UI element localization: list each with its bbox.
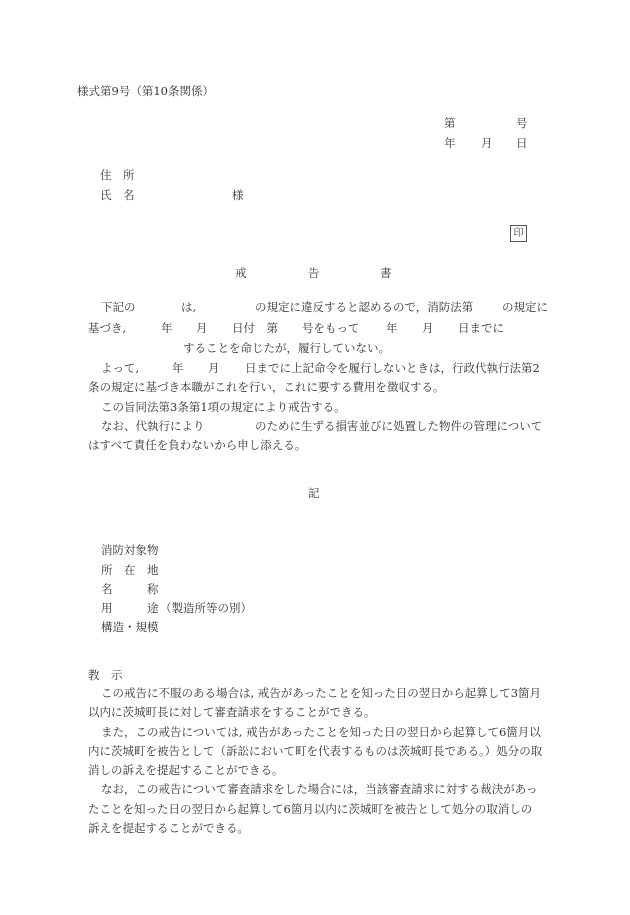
seal-stamp: 印 [510,225,527,242]
body-text: この旨同法第3条第1項の規定により戒告する。 [101,402,346,414]
body-text: のために生ずる損害並びに処置した物件の管理について [255,421,542,433]
record-item-label: 消防対象物 [101,545,159,557]
honorific: 様 [232,190,244,202]
body-text: はすべて責任を負わないから申し添える。 [88,440,306,452]
instruction-text: この戒告に不服のある場合は, 戒告があったことを知った日の翌日から起算して3箇月 [101,688,541,700]
body-text: の規定に [502,302,548,314]
body-text: 日付 第 [232,323,278,335]
document-number-prefix: 第 [444,118,456,130]
body-text: の規定に違反すると認めるので，消防法第 [255,302,473,314]
date-year: 年 [444,138,456,150]
record-item-label: 用 途 [101,603,159,615]
body-text: 年 [386,323,398,335]
date-month: 月 [481,138,493,150]
document-number-suffix: 号 [516,118,528,130]
instruction-text: 訴えを提起することができる。 [88,823,249,835]
record-item-label: 名 称 [101,584,159,596]
body-text: 号をもって [302,323,360,335]
body-text: 月 [422,323,434,335]
name-label: 氏 名 [100,190,135,202]
form-label: 様式第9号（第10条関係） [77,86,214,98]
record-heading: 記 [308,488,320,500]
instruction-text: たことを知った日の翌日から起算して6箇月以内に茨城町を被告として処分の取消しの [88,804,532,816]
record-item-label: 構造・規模 [101,622,159,634]
body-text: 月 [196,323,208,335]
body-text: することを命じたが，履行していない。 [183,343,390,355]
body-text: 下記の [101,302,136,314]
title-char-3: 書 [380,268,392,280]
date-day: 日 [516,138,528,150]
instruction-text: 消しの訴えを提起することができる。 [88,765,284,777]
record-item-label: 所 在 地 [101,565,159,577]
instruction-text: なお，この戒告について審査請求をした場合には，当該審査請求に対する裁決があっ [101,784,538,796]
body-text: は, [181,302,196,314]
title-char-1: 戒 [235,268,247,280]
record-item-value: （製造所等の別） [160,603,252,615]
body-text: 月 [208,363,220,375]
address-label: 住 所 [100,170,135,182]
body-text: 年 [161,323,173,335]
body-text: 条の規定に基づき本職がこれを行い，これに要する費用を徴収する。 [88,382,445,394]
instruction-text: 以内に茨城町長に対して審査請求をすることができる。 [88,707,376,719]
body-text: 基づき, [88,323,126,335]
body-text: 年 [172,363,184,375]
body-text: 日までに上記命令を履行しないときは，行政代執行法第2 [245,363,540,375]
instruction-heading: 教 示 [88,670,123,682]
body-text: なお、代執行により [101,421,205,433]
instruction-text: 内に茨城町を被告として（訴訟において町を代表するものは茨城町長である。）処分の取 [88,746,542,758]
title-char-2: 告 [308,268,320,280]
body-text: よって, [101,363,139,375]
instruction-text: また，この戒告については, 戒告があったことを知った日の翌日から起算して6箇月以 [101,727,541,739]
body-text: 日までに [458,323,504,335]
